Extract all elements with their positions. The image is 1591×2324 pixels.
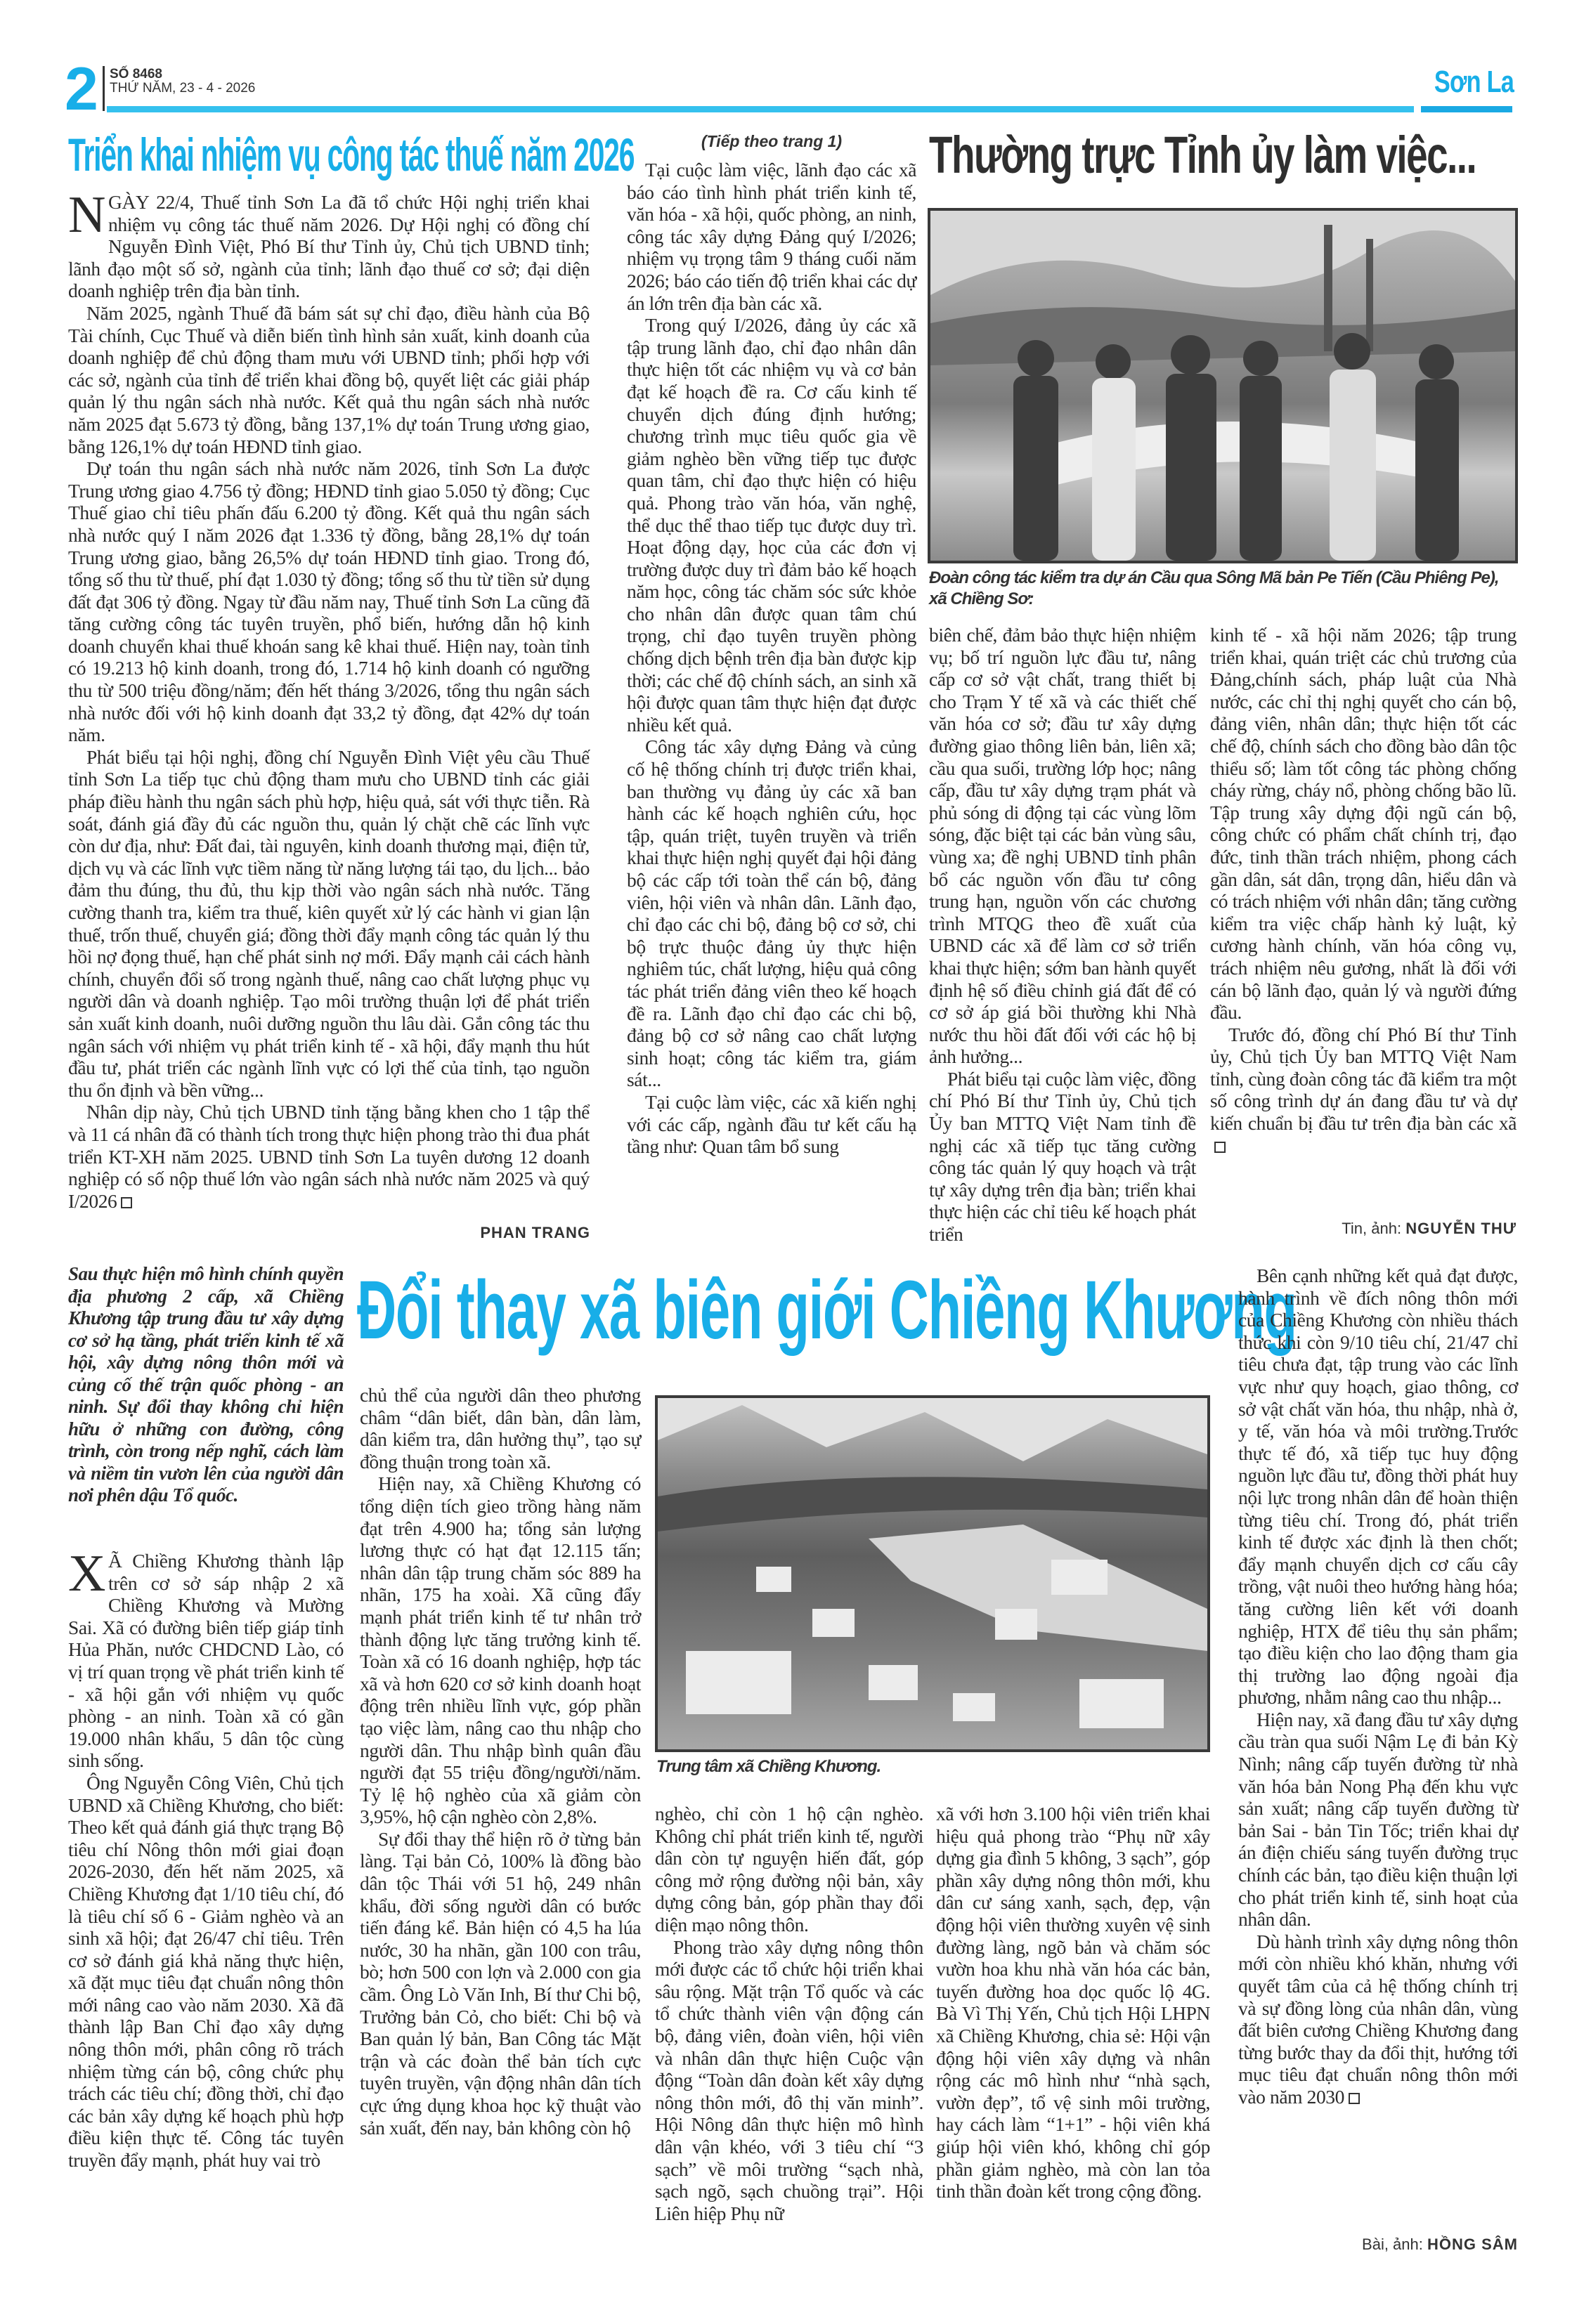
continued-label: (Tiếp theo trang 1) [627,132,916,151]
paragraph: Ông Nguyễn Công Viên, Chủ tịch UBND xã C… [68,1772,344,2172]
paragraph: Sự đổi thay thể hiện rõ ở từng bản làng.… [360,1828,641,2139]
paragraph: Hiện nay, xã đang đầu tư xây dựng cầu tr… [1238,1709,1518,1931]
article-border-col2: chủ thể của người dân theo phương châm “… [360,1384,641,2139]
issue-number: SỐ 8468 [110,67,255,81]
article-border-col5: Bên cạnh những kết quả đạt được, hành tr… [1238,1265,1518,2108]
dropcap: N [68,194,105,236]
paragraph: chủ thể của người dân theo phương châm “… [360,1384,641,1473]
dropcap: X [68,1553,105,1595]
article-border-col1: XÃ Chiềng Khương thành lập trên cơ sở sá… [68,1550,344,2172]
photo-inspection-team [928,208,1518,563]
article-border-byline: Bài, ảnh: HỒNG SÂM [1238,2235,1518,2254]
paragraph: Năm 2025, ngành Thuế đã bám sát sự chỉ đ… [68,302,590,457]
paragraph: Tại cuộc làm việc, lãnh đạo các xã báo c… [627,159,916,314]
article-border-headline: Đổi thay xã biên giới Chiềng Khương [357,1258,1297,1363]
article-party-byline: Tin, ảnh: NGUYỄN THƯ [1210,1220,1517,1238]
end-mark-icon [121,1197,132,1208]
people-photo-illustration [930,211,1515,561]
byline-prefix: Tin, ảnh: [1342,1220,1401,1237]
section-title: Sơn La [1434,65,1514,100]
article-party-right-column-a: biên chế, đảm bảo thực hiện nhiệm vụ; bố… [929,624,1196,1246]
page-number: 2 [65,65,98,114]
paragraph: Tại cuộc làm việc, các xã kiến nghị với … [627,1091,916,1158]
article-tax-byline: PHAN TRANG [337,1224,590,1242]
header-divider [103,66,105,111]
paragraph: Trong quý I/2026, đảng ủy các xã tập tru… [627,314,916,736]
paragraph: Trước đó, đồng chí Phó Bí thư Tỉnh ủy, C… [1210,1024,1517,1157]
aerial-town-illustration [658,1398,1207,1749]
paragraph-text: Ã Chiềng Khương thành lập trên cơ sở sáp… [68,1550,344,1771]
article-party-right-column-b: kinh tế - xã hội năm 2026; tập trung tri… [1210,624,1517,1156]
article-party-headline: Thường trực Tỉnh ủy làm việc... [929,124,1476,187]
paragraph: Nhân dịp này, Chủ tịch UBND tỉnh tặng bằ… [68,1101,590,1212]
end-mark-icon [1214,1142,1226,1153]
end-mark-icon [1349,2093,1360,2104]
issue-info: SỐ 8468 THỨ NĂM, 23 - 4 - 2026 [110,67,255,96]
paragraph: Phát biểu tại cuộc làm việc, đồng chí Ph… [929,1068,1196,1246]
paragraph: Công tác xây dựng Đảng và củng cố hệ thố… [627,736,916,1091]
header-rule [107,106,1414,112]
paragraph: biên chế, đảm bảo thực hiện nhiệm vụ; bố… [929,624,1196,1068]
paragraph: kinh tế - xã hội năm 2026; tập trung tri… [1210,624,1517,1024]
article-border-sapo: Sau thực hiện mô hình chính quyền địa ph… [68,1263,344,1507]
photo-caption-border: Trung tâm xã Chiềng Khương. [656,1756,1212,1777]
section-rule [1421,106,1512,112]
photo-chieng-khuong-center [655,1395,1210,1752]
paragraph-text: Trước đó, đồng chí Phó Bí thư Tỉnh ủy, C… [1210,1024,1517,1134]
article-party-middle-column: Tại cuộc làm việc, lãnh đạo các xã báo c… [627,159,916,1158]
byline-name: HỒNG SÂM [1427,2235,1518,2253]
article-border-col3: nghèo, chỉ còn 1 hộ cận nghèo. Không chỉ… [655,1803,923,2224]
byline-prefix: Bài, ảnh: [1362,2235,1423,2253]
paragraph: Dù hành trình xây dựng nông thôn mới còn… [1238,1931,1518,2108]
photo-caption-party: Đoàn công tác kiểm tra dự án Cầu qua Sôn… [929,568,1519,610]
byline-name: NGUYỄN THƯ [1405,1220,1517,1237]
article-tax-body: NGÀY 22/4, Thuế tỉnh Sơn La đã tổ chức H… [68,191,590,1212]
article-tax-lead: GÀY 22/4, Thuế tỉnh Sơn La đã tổ chức Hộ… [68,191,590,301]
paragraph: Hiện nay, xã Chiềng Khương có tổng diện … [360,1473,641,1828]
paragraph: Bên cạnh những kết quả đạt được, hành tr… [1238,1265,1518,1709]
paragraph: nghèo, chỉ còn 1 hộ cận nghèo. Không chỉ… [655,1803,923,1936]
article-tax-headline: Triển khai nhiệm vụ công tác thuế năm 20… [68,126,634,183]
issue-date: THỨ NĂM, 23 - 4 - 2026 [110,81,255,96]
paragraph-text: Nhân dịp này, Chủ tịch UBND tỉnh tặng bằ… [68,1101,590,1211]
paragraph: Dự toán thu ngân sách nhà nước năm 2026,… [68,457,590,746]
paragraph-text: Dù hành trình xây dựng nông thôn mới còn… [1238,1931,1518,2108]
paragraph: Phong trào xây dựng nông thôn mới được c… [655,1936,923,2225]
paragraph: xã với hơn 3.100 hội viên triển khai hiệ… [936,1803,1210,2202]
article-border-col4: xã với hơn 3.100 hội viên triển khai hiệ… [936,1803,1210,2202]
paragraph: Phát biểu tại hội nghị, đồng chí Nguyễn … [68,746,590,1102]
